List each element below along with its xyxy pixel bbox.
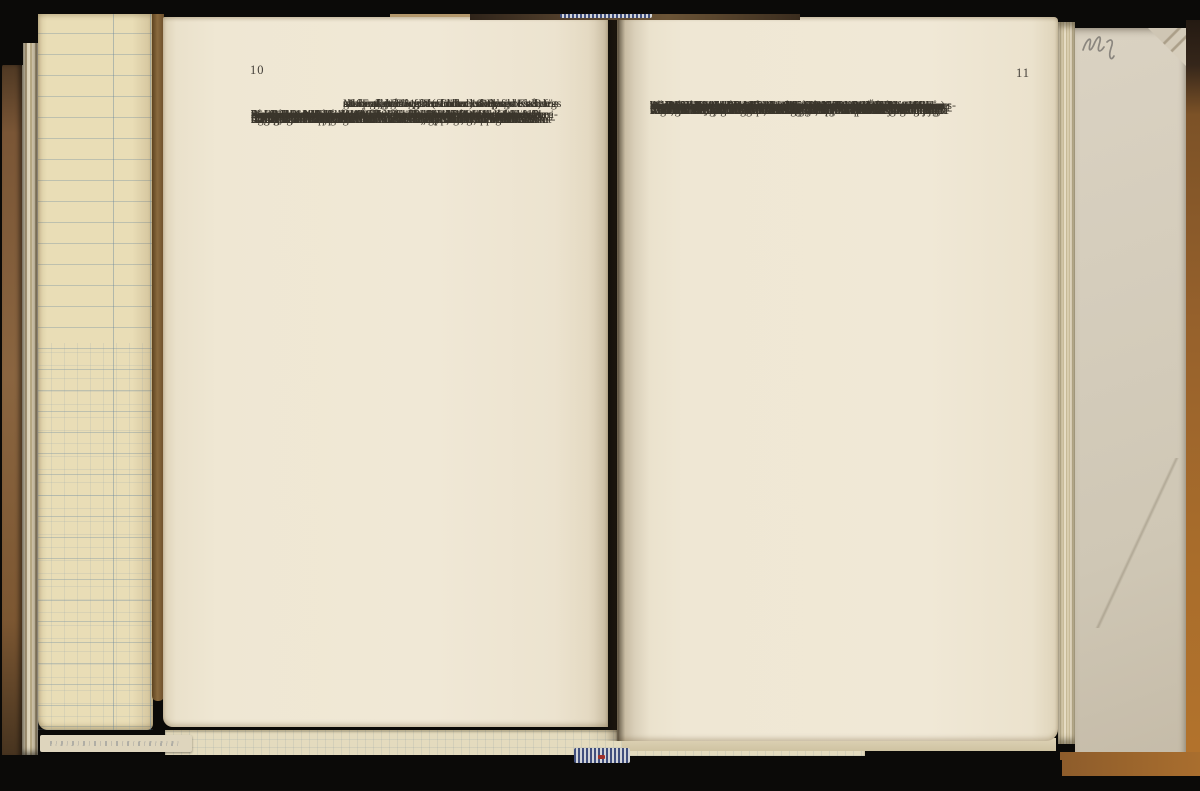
photo-background-bottom [0,755,600,791]
flyleaf-crease [1093,458,1183,628]
handwriting-marks [50,741,182,746]
ledger-paper-strip [38,13,153,730]
text-line: seglade. [650,98,689,113]
left-cover-leather-edge [2,64,22,758]
page-11: 11 tenskapsgrenar, efter sig lemnat. Der… [617,17,1058,741]
photo-background-bottom [600,760,1062,791]
right-cover-edge [1186,20,1200,772]
page-number-right: 11 [650,66,1030,81]
headband-red-thread [598,755,605,759]
headband-bottom [574,748,630,763]
photo-background-corner [0,13,23,65]
marginal-handwriting-strip [40,735,192,752]
page-number-left: 10 [250,63,265,78]
left-page-edge-stack [22,26,38,756]
page-10: 10 Maijs:ts Nådiga Bref till dess Bergs … [163,17,608,727]
photo-background-top [0,0,1200,14]
open-book-photograph: 10 Maijs:ts Nådiga Bref till dess Bergs … [0,0,1200,791]
flyleaf-corner-layers [1148,28,1186,66]
pencil-scribble [1081,28,1127,74]
flyleaf-page [1075,28,1186,765]
photo-background-bottom [1060,776,1200,791]
text-line: pen, utan Saln, der Samlingen förwaras, … [650,98,932,113]
ledger-grid-pattern [38,343,153,730]
right-cover-bottom-edge [1060,752,1200,778]
right-fore-edge-stack [1058,22,1075,744]
text-line: ligt Nitiske Forskaren och Samlaren i åt… [251,112,555,127]
